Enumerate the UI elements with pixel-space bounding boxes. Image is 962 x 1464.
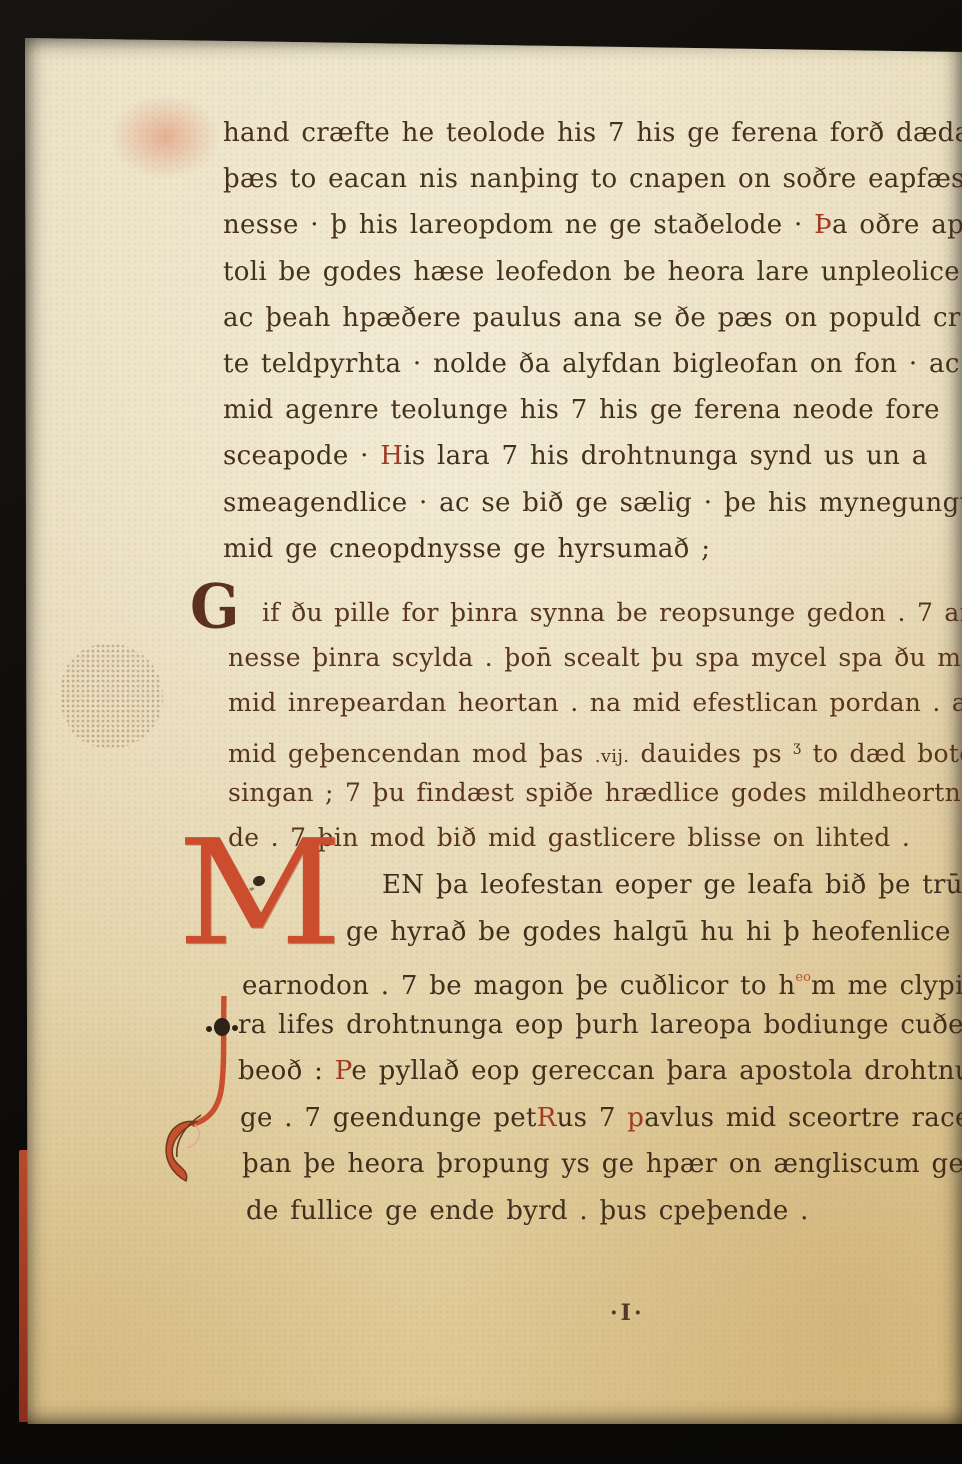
manuscript-line: EN þa leofestan eoper ge leafa bið þe tr… xyxy=(238,862,962,909)
manuscript-line: earnodon . 7 be magon þe cuðlicor to heo… xyxy=(238,955,962,1002)
manuscript-line: smeagendlice · ac se bið ge sælig · þe h… xyxy=(223,480,962,526)
speckle-patch xyxy=(61,644,163,748)
inline-redtouch: H xyxy=(380,441,403,471)
inline-redtouch: P xyxy=(335,1056,352,1086)
manuscript-line: nesse þinra scylda . þon̄ scealt þu spa … xyxy=(228,635,962,680)
manuscript-line: sceapode · His lara 7 his drohtnunga syn… xyxy=(223,433,962,479)
paragraph-3: EN þa leofestan eoper ge leafa bið þe tr… xyxy=(238,862,962,1234)
inline-redtouch: R xyxy=(537,1103,557,1133)
manuscript-line: mid agenre teolunge his 7 his ge ferena … xyxy=(223,387,962,433)
manuscript-line: de fullice ge ende byrd . þus cpeþende . xyxy=(238,1188,962,1235)
inline-redtouch: p xyxy=(627,1103,644,1133)
manuscript-line: te teldpyrhta · nolde ða alyfdan bigleof… xyxy=(223,341,962,387)
manuscript-line: mid ge cneopdnysse ge hyrsumað ; xyxy=(223,526,962,572)
manuscript-line: toli be godes hæse leofedon be heora lar… xyxy=(223,249,962,295)
manuscript-line: if ðu pille for þinra synna be reopsunge… xyxy=(228,590,962,635)
manuscript-line: de . 7 þin mod bið mid gastlicere blisse… xyxy=(228,815,962,860)
inline-sup: ʒ xyxy=(793,739,801,755)
paragraph-1: hand cræfte he teolode his 7 his ge fere… xyxy=(223,110,962,572)
paragraph-2: if ðu pille for þinra synna be reopsunge… xyxy=(228,590,962,860)
inline-supred: eo xyxy=(795,970,811,985)
manuscript-line: nesse · þ his lareopdom ne ge staðelode … xyxy=(223,202,962,248)
quire-signature-mark: ·I· xyxy=(610,1300,645,1326)
pink-stain xyxy=(110,95,220,179)
manuscript-line: beoð : Pe pyllað eop gereccan þara apost… xyxy=(238,1048,962,1095)
manuscript-line: mid geþencendan mod þas .vij. dauides ps… xyxy=(228,725,962,770)
photo-backdrop: hand cræfte he teolode his 7 his ge fere… xyxy=(0,0,962,1464)
inline-small: .vij. xyxy=(595,746,629,767)
inline-redtouch: Þ xyxy=(814,210,832,240)
manuscript-line: hand cræfte he teolode his 7 his ge fere… xyxy=(223,110,962,156)
manuscript-line: þæs to eacan nis nanþing to cnapen on so… xyxy=(223,156,962,202)
parchment-page: hand cræfte he teolode his 7 his ge fere… xyxy=(25,38,962,1424)
manuscript-line: þan þe heora þropung ys ge hpær on ængli… xyxy=(238,1141,962,1188)
manuscript-line: singan ; 7 þu findæst spiðe hrædlice god… xyxy=(228,770,962,815)
manuscript-line: ac þeah hpæðere paulus ana se ðe pæs on … xyxy=(223,295,962,341)
manuscript-line: ge hyrað be godes halgū hu hi þ heofenli… xyxy=(238,909,962,956)
manuscript-line: ge . 7 geendunge petRus 7 pavlus mid sce… xyxy=(238,1095,962,1142)
red-fore-edge xyxy=(19,1150,28,1422)
manuscript-line: ra lifes drohtnunga eop þurh lareopa bod… xyxy=(238,1002,962,1049)
manuscript-line: mid inrepeardan heortan . na mid efestli… xyxy=(228,680,962,725)
